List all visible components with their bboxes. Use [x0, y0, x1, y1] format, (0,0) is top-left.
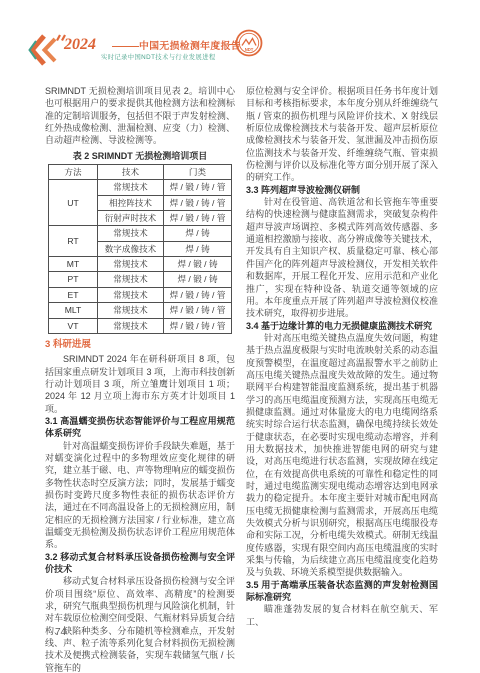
cell-technique: 常规技术: [98, 318, 164, 333]
cell-category: 焊 / 锻 / 铸 / 管: [164, 195, 232, 210]
table-row: RT 常规技术 焊 / 铸: [49, 226, 232, 241]
paragraph-3-2: 移动式复合材料承压设备损伤检测与安全评价项目围绕“原位、高效率、高精度”的检测要…: [45, 575, 235, 673]
report-year: 2024: [64, 36, 96, 54]
table-caption: 表 2 SRIMNDT 无损检测培训项目: [45, 150, 235, 162]
cell-method: VT: [49, 318, 98, 333]
cell-method: UT: [49, 180, 98, 226]
col-header-category: 门类: [164, 165, 232, 180]
cell-method: ET: [49, 287, 98, 302]
paragraph-3-5: 瞄准蓬勃发展的复合材料在航空航天、军工、: [246, 603, 438, 628]
ndt-logo-icon: NDT: [235, 29, 263, 62]
cell-category: 焊 / 铸: [164, 226, 232, 241]
cell-category: 焊 / 锻 / 铸: [164, 257, 232, 272]
paragraph-training-intro: SRIMNDT 无损检测培训项目见表 2。培训中心也可根据用户的要求提供其他检测…: [45, 85, 235, 147]
cell-technique: 常规技术: [98, 272, 164, 287]
table-row: VT 常规技术 焊 / 锻 / 铸 / 管: [49, 318, 232, 333]
subsection-heading-3-1: 3.1 高温蠕变损伤状态智能评价与工程应用规范体系研究: [45, 415, 235, 440]
cell-technique: 常规技术: [98, 287, 164, 302]
table-row: PT 常规技术 焊 / 锻 / 铸: [49, 272, 232, 287]
report-title: 中国无损检测年度报告: [139, 38, 241, 52]
cell-category: 焊 / 锻 / 铸: [164, 272, 232, 287]
cell-technique: 衍射声时技术: [98, 211, 164, 226]
chevron-decoration-icon: [27, 32, 67, 73]
cell-category: 焊 / 锻 / 铸 / 管: [164, 211, 232, 226]
training-projects-table: 方法 技术 门类 UT 常规技术 焊 / 锻 / 铸 / 管 相控阵技术 焊 /…: [48, 164, 232, 334]
cell-category: 焊 / 锻 / 铸 / 管: [164, 180, 232, 195]
table-row: ET 常规技术 焊 / 锻 / 铸 / 管: [49, 287, 232, 302]
cell-category: 焊 / 铸: [164, 241, 232, 256]
cell-category: 焊 / 锻 / 铸 / 管: [164, 303, 232, 318]
table-row: MLT 常规技术 焊 / 锻 / 铸 / 管: [49, 303, 232, 318]
subsection-heading-3-5: 3.5 用于高端承压装备状态监测的声发射检测国际标准研究: [246, 579, 438, 604]
cell-method: RT: [49, 226, 98, 257]
left-column: SRIMNDT 无损检测培训项目见表 2。培训中心也可根据用户的要求提供其他检测…: [45, 85, 235, 673]
cell-technique: 常规技术: [98, 257, 164, 272]
report-subtitle: 实时记录中国NDT技术与行业发展进程: [101, 52, 216, 61]
report-page: 2024 中国无损检测年度报告 NDT 实时记录中国NDT技术与行业发展进程 S…: [0, 0, 480, 673]
cell-method: PT: [49, 272, 98, 287]
cell-method: MT: [49, 257, 98, 272]
col-header-technique: 技术: [98, 165, 164, 180]
header-rule-left: [112, 46, 139, 47]
paragraph-3-3: 针对在役管道、高铁道岔和长管拖车等重要结构的快速检测与健康监测需求，突破复杂构件…: [246, 196, 438, 319]
cell-technique: 常规技术: [98, 303, 164, 318]
subsection-heading-3-2: 3.2 移动式复合材料承压设备损伤检测与安全评价技术: [45, 551, 235, 576]
cell-category: 焊 / 锻 / 铸 / 管: [164, 287, 232, 302]
svg-text:NDT: NDT: [245, 47, 254, 52]
cell-technique: 常规技术: [98, 226, 164, 241]
paragraph-research-overview: SRIMNDT 2024 年在研科研项目 8 项，包括国家重点研发计划项目 3 …: [45, 353, 235, 415]
paragraph-3-1: 针对高温蠕变损伤评价手段缺失难题，基于对蠕变演化过程中的多物理效应变化规律的研究…: [45, 440, 235, 551]
subsection-heading-3-3: 3.3 阵列超声导波检测仪研制: [246, 184, 438, 196]
cell-technique: 数字成像技术: [98, 241, 164, 256]
table-header-row: 方法 技术 门类: [49, 165, 232, 180]
paragraph-3-2-continued: 原位检测与安全评价。根据项目任务书年度计划目标和考核指标要求，本年度分别从纤维缠…: [246, 85, 438, 184]
cell-method: MLT: [49, 303, 98, 318]
cell-technique: 常规技术: [98, 180, 164, 195]
section-heading-research: 3 科研进展: [45, 339, 235, 351]
table-row: MT 常规技术 焊 / 锻 / 铸: [49, 257, 232, 272]
subsection-heading-3-4: 3.4 基于边缘计算的电力无损健康监测技术研究: [246, 320, 438, 332]
table-row: UT 常规技术 焊 / 锻 / 铸 / 管: [49, 180, 232, 195]
cell-category: 焊 / 锻 / 铸 / 管: [164, 318, 232, 333]
right-column: 原位检测与安全评价。根据项目任务书年度计划目标和考核指标要求，本年度分别从纤维缠…: [246, 85, 438, 628]
col-header-method: 方法: [49, 165, 98, 180]
paragraph-3-4: 针对高压电缆关键热点温度失效问题，构建基于热点温度极限与实时电流映射关系的动态温…: [246, 332, 438, 579]
cell-technique: 相控阵技术: [98, 195, 164, 210]
page-number: 74: [55, 627, 66, 638]
